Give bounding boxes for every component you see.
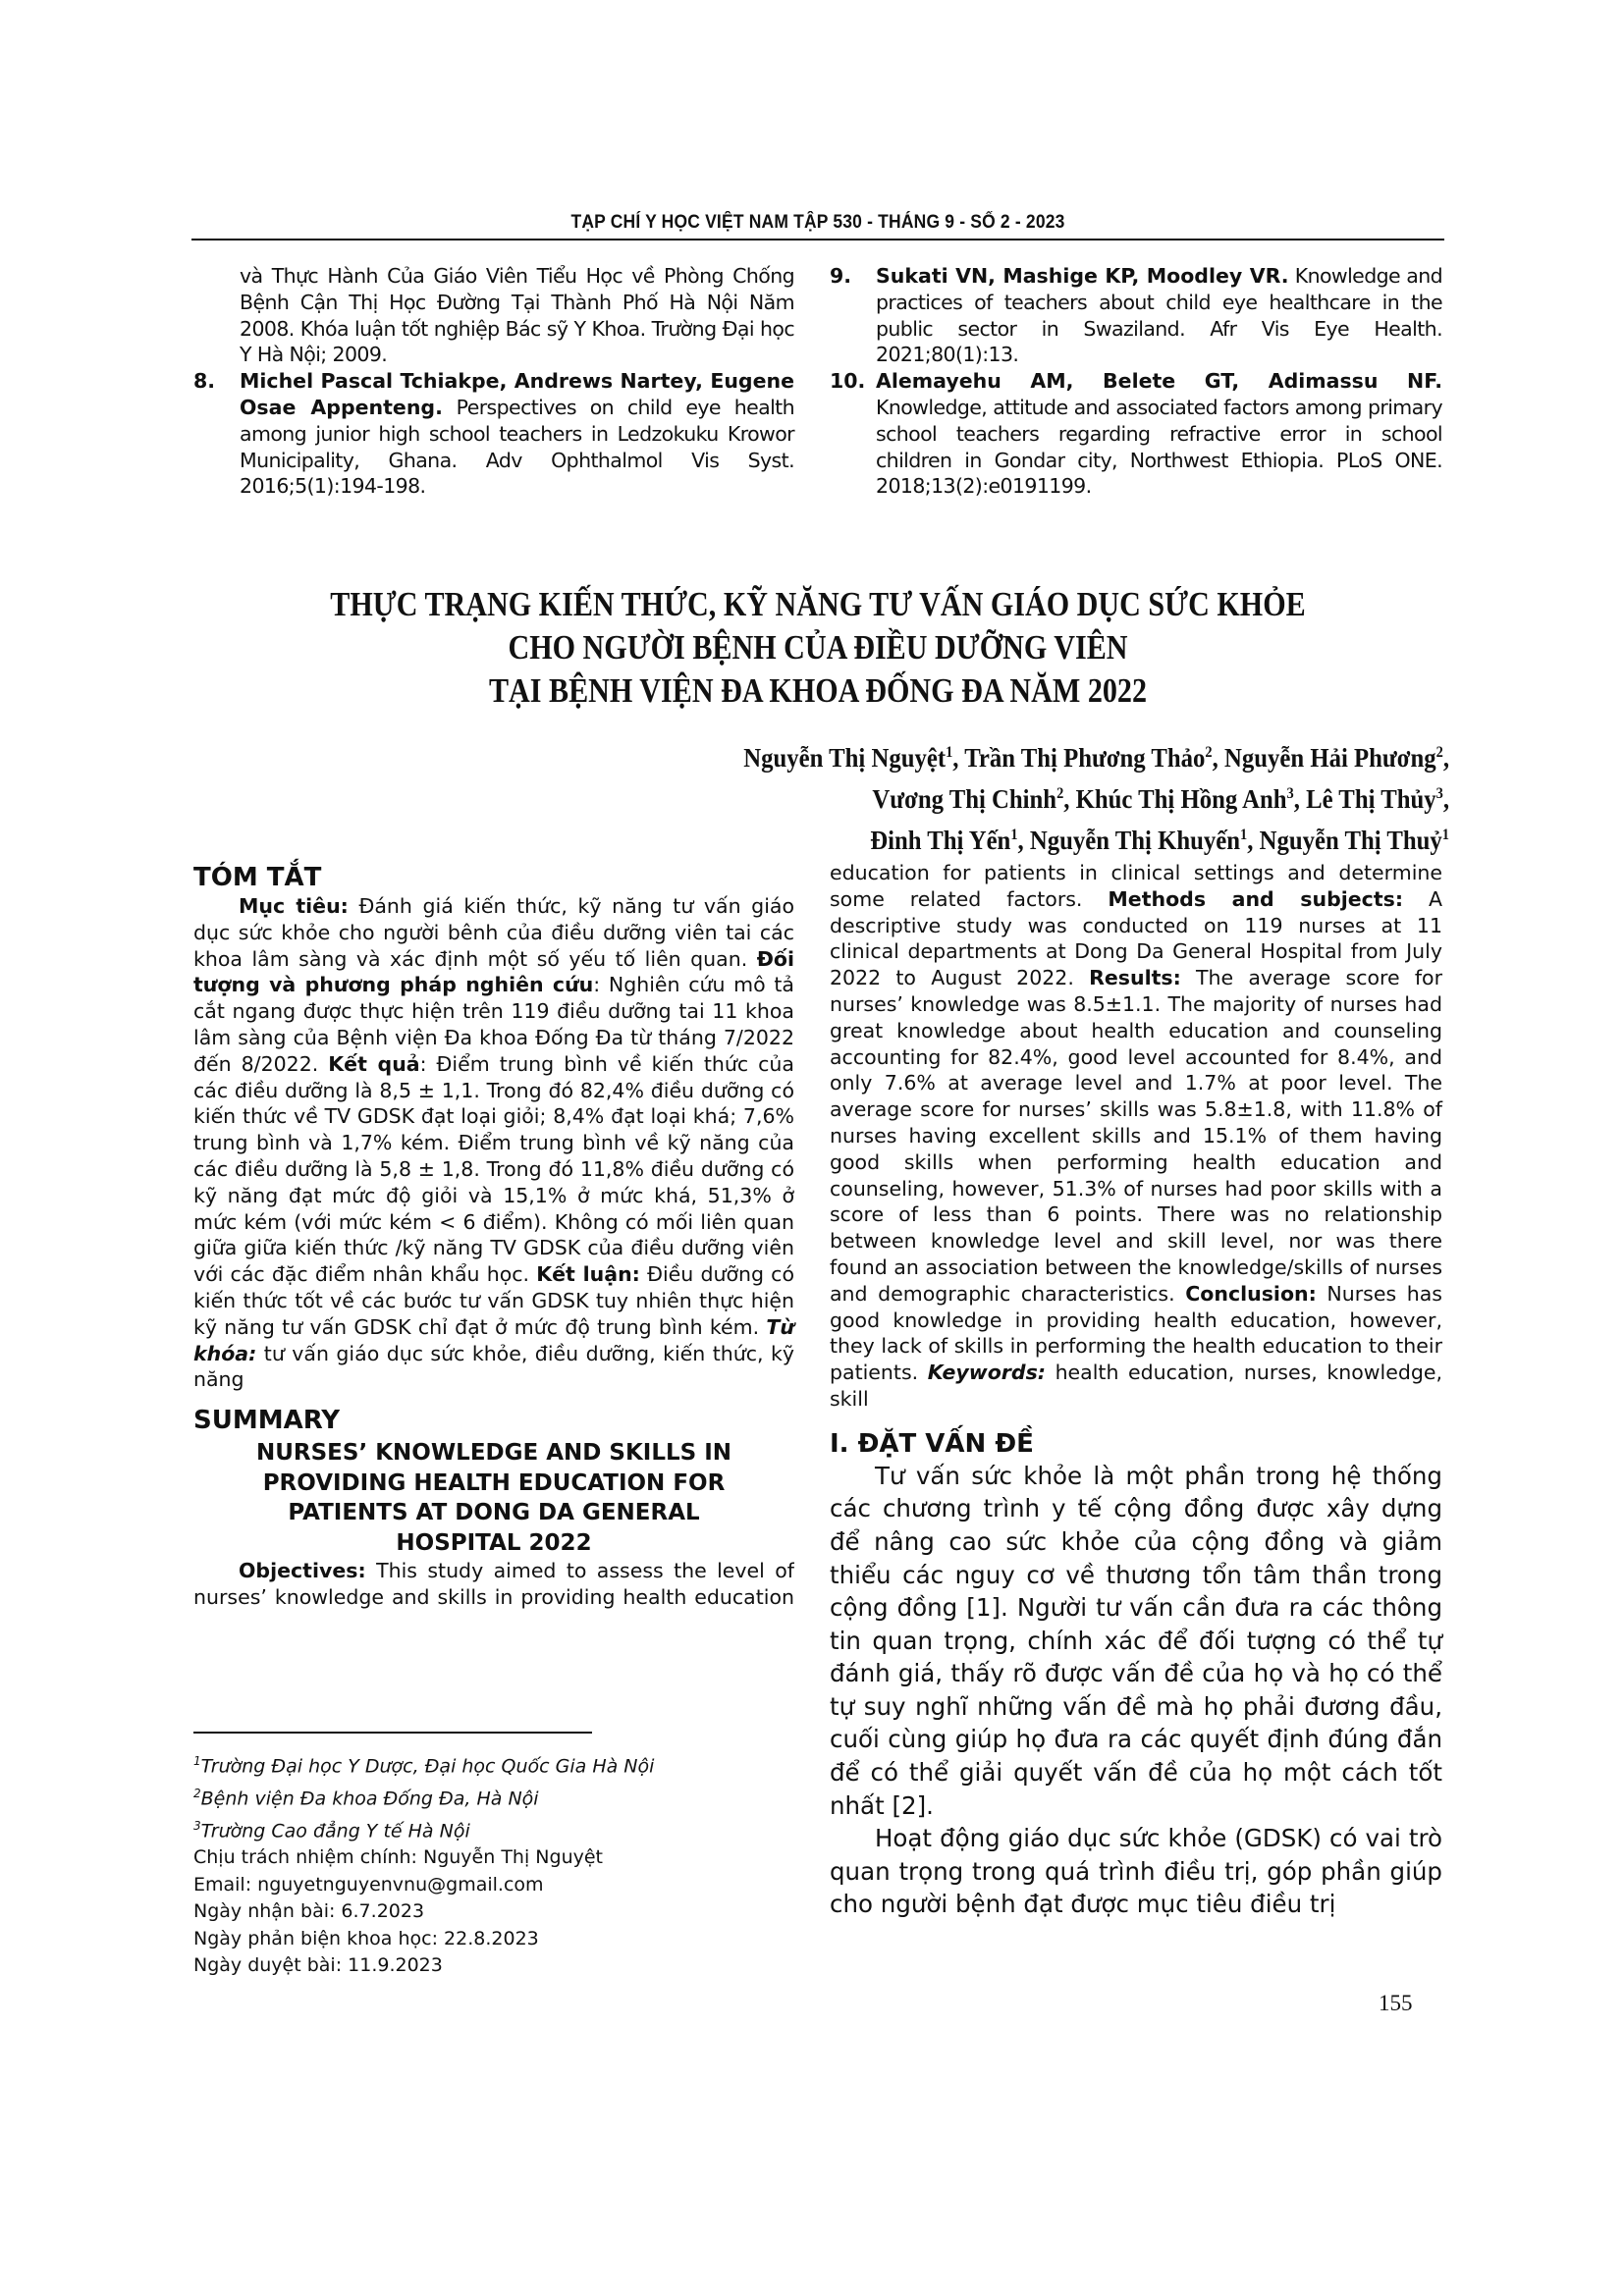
separator: , <box>1294 783 1306 814</box>
abstract-right-column: education for patients in clinical setti… <box>830 860 1442 1921</box>
results-label: Results: <box>1089 966 1181 989</box>
affiliation-marker: 3 <box>193 1819 201 1833</box>
affiliation-marker: 1 <box>1442 827 1449 843</box>
objectives-label: Objectives: <box>239 1559 366 1582</box>
summary-heading: SUMMARY <box>193 1405 794 1436</box>
section-1-heading: I. ĐẶT VẤN ĐỀ <box>830 1428 1442 1460</box>
summary-objectives-start: Objectives: This study aimed to assess t… <box>193 1558 794 1611</box>
reference-8: 8. Michel Pascal Tchiakpe, Andrews Narte… <box>193 368 794 500</box>
conclusion-label: Kết luận: <box>536 1262 640 1286</box>
affiliation-2: 2Bệnh viện Đa khoa Đống Đa, Hà Nội <box>193 1781 794 1813</box>
author-line: Đinh Thị Yến1, Nguyễn Thị Khuyến1, Nguyễ… <box>566 817 1449 858</box>
author-line: Nguyễn Thị Nguyệt1, Trần Thị Phương Thảo… <box>566 734 1449 775</box>
objective-label: Mục tiêu: <box>239 894 349 918</box>
author-name: Đinh Thị Yến <box>870 825 1010 855</box>
author-name: Nguyễn Thị Nguyệt <box>743 742 946 773</box>
page-number: 155 <box>1379 1991 1413 2016</box>
affiliation-text: Trường Cao đẳng Y tế Hà Nội <box>201 1820 470 1842</box>
author-name: Vương Thị Chinh <box>872 783 1056 814</box>
section-1-paragraph: Tư vấn sức khỏe là một phần trong hệ thố… <box>830 1460 1442 1823</box>
section-1-body: Tư vấn sức khỏe là một phần trong hệ thố… <box>830 1460 1442 1921</box>
summary-title-line: HOSPITAL 2022 <box>193 1528 794 1559</box>
corresponding-author: Chịu trách nhiệm chính: Nguyễn Thị Nguyệ… <box>193 1844 794 1872</box>
contact-email: Email: nguyetnguyenvnu@gmail.com <box>193 1872 794 1899</box>
accepted-date: Ngày duyệt bài: 11.9.2023 <box>193 1952 794 1980</box>
separator: , <box>952 742 964 773</box>
abstract-left-column: TÓM TẮT Mục tiêu: Đánh giá kiến thức, kỹ… <box>193 862 794 1611</box>
abstract-vi-body: Mục tiêu: Đánh giá kiến thức, kỹ năng tư… <box>193 893 794 1393</box>
references-right: 9. Sukati VN, Mashige KP, Moodley VR. Kn… <box>830 263 1442 500</box>
title-line: CHO NGƯỜI BỆNH CỦA ĐIỀU DƯỠNG VIÊN <box>279 626 1356 669</box>
reference-authors: Alemayehu AM, Belete GT, Adimassu NF. <box>876 369 1442 393</box>
separator: , <box>1213 742 1224 773</box>
keywords-label: Keywords: <box>928 1361 1046 1384</box>
review-date: Ngày phản biện khoa học: 22.8.2023 <box>193 1926 794 1953</box>
separator: , <box>1247 825 1259 855</box>
summary-title: NURSES’ KNOWLEDGE AND SKILLS IN PROVIDIN… <box>193 1438 794 1558</box>
abstract-vi-heading: TÓM TẮT <box>193 862 794 893</box>
separator: , <box>1443 742 1449 773</box>
author-name: Nguyễn Thị Khuyến <box>1030 825 1240 855</box>
reference-9: 9. Sukati VN, Mashige KP, Moodley VR. Kn… <box>830 263 1442 368</box>
affiliation-marker: 1 <box>1010 827 1017 843</box>
affiliation-marker: 1 <box>193 1754 201 1768</box>
affiliation-3: 3Trường Cao đẳng Y tế Hà Nội <box>193 1813 794 1845</box>
reference-authors: Sukati VN, Mashige KP, Moodley VR. <box>876 264 1289 288</box>
article-title: THỰC TRẠNG KIẾN THỨC, KỸ NĂNG TƯ VẤN GIÁ… <box>279 583 1356 713</box>
results-text: : Điểm trung bình về kiến thức của các đ… <box>193 1052 794 1286</box>
reference-number: 9. <box>830 263 851 290</box>
received-date: Ngày nhận bài: 6.7.2023 <box>193 1898 794 1926</box>
reference-text: Knowledge, attitude and associated facto… <box>876 396 1442 498</box>
affiliation-marker: 2 <box>193 1787 201 1800</box>
author-list: Nguyễn Thị Nguyệt1, Trần Thị Phương Thảo… <box>566 734 1449 858</box>
reference-text: và Thực Hành Của Giáo Viên Tiểu Học về P… <box>240 264 794 366</box>
summary-title-line: PROVIDING HEALTH EDUCATION FOR <box>193 1468 794 1499</box>
summary-title-line: PATIENTS AT DONG DA GENERAL <box>193 1498 794 1528</box>
running-header: TẠP CHÍ Y HỌC VIỆT NAM TẬP 530 - THÁNG 9… <box>242 212 1394 234</box>
reference-10: 10. Alemayehu AM, Belete GT, Adimassu NF… <box>830 368 1442 500</box>
reference-number: 8. <box>193 368 215 395</box>
references-left: và Thực Hành Của Giáo Viên Tiểu Học về P… <box>193 263 794 500</box>
keywords-text: tư vấn giáo dục sức khỏe, điều dưỡng, ki… <box>193 1342 794 1392</box>
author-name: Trần Thị Phương Thảo <box>964 742 1205 773</box>
header-rule <box>191 239 1444 240</box>
author-name: Nguyễn Thị Thuỷ <box>1260 825 1442 855</box>
affiliation-text: Trường Đại học Y Dược, Đại học Quốc Gia … <box>201 1755 655 1777</box>
affiliation-marker: 2 <box>1056 785 1063 802</box>
summary-body-continued: education for patients in clinical setti… <box>830 860 1442 1413</box>
affiliation-text: Bệnh viện Đa khoa Đống Đa, Hà Nội <box>201 1788 539 1809</box>
results-text: The average score for nurses’ knowledge … <box>830 966 1442 1306</box>
affiliation-marker: 1 <box>946 744 952 761</box>
results-label: Kết quả <box>328 1052 419 1076</box>
author-name: Nguyễn Hải Phương <box>1224 742 1436 773</box>
title-line: TẠI BỆNH VIỆN ĐA KHOA ĐỐNG ĐA NĂM 2022 <box>279 669 1356 713</box>
author-name: Lê Thị Thủy <box>1306 783 1436 814</box>
methods-label: Methods and subjects: <box>1108 887 1403 911</box>
conclusion-label: Conclusion: <box>1185 1282 1317 1306</box>
author-line: Vương Thị Chinh2, Khúc Thị Hồng Anh3, Lê… <box>566 775 1449 817</box>
affiliation-1: 1Trường Đại học Y Dược, Đại học Quốc Gia… <box>193 1748 794 1781</box>
footnote-rule <box>193 1732 592 1734</box>
reference-number: 10. <box>830 368 865 395</box>
section-1-paragraph: Hoạt động giáo dục sức khỏe (GDSK) có va… <box>830 1822 1442 1921</box>
separator: , <box>1018 825 1030 855</box>
separator: , <box>1063 783 1075 814</box>
summary-title-line: NURSES’ KNOWLEDGE AND SKILLS IN <box>193 1438 794 1468</box>
title-line: THỰC TRẠNG KIẾN THỨC, KỸ NĂNG TƯ VẤN GIÁ… <box>279 583 1356 626</box>
footnotes: 1Trường Đại học Y Dược, Đại học Quốc Gia… <box>193 1748 794 1980</box>
paper-page: TẠP CHÍ Y HỌC VIỆT NAM TẬP 530 - THÁNG 9… <box>0 0 1624 2296</box>
author-name: Khúc Thị Hồng Anh <box>1076 783 1287 814</box>
separator: , <box>1443 783 1449 814</box>
affiliation-marker: 2 <box>1205 744 1212 761</box>
reference-7-continued: và Thực Hành Của Giáo Viên Tiểu Học về P… <box>193 263 794 368</box>
